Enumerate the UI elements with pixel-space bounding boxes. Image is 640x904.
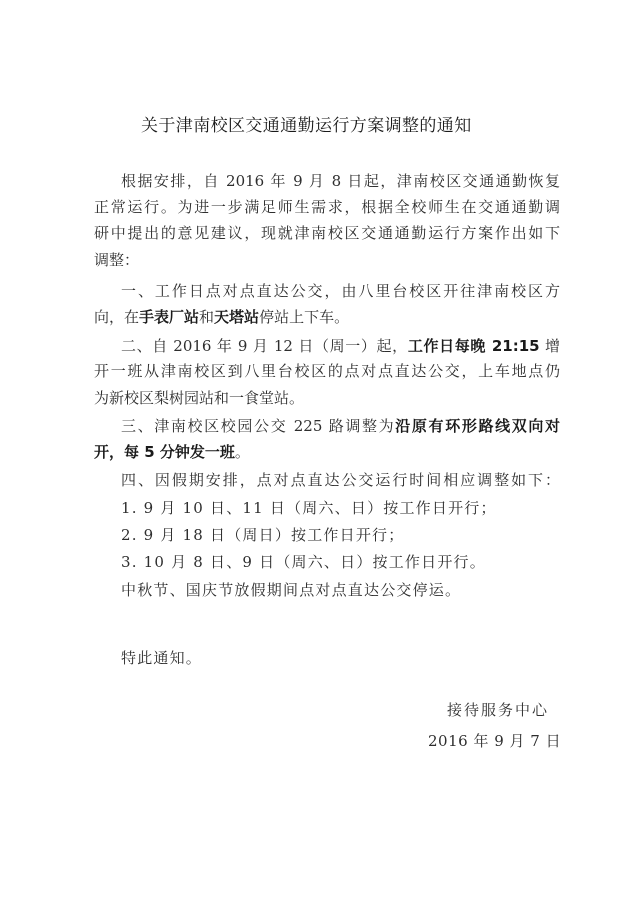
item1-text-post: 停站上下车。 [259, 308, 349, 326]
intro-line-1: 根据安排，自 2016 年 9 月 8 日起，津南校区交通通勤恢复 [121, 170, 560, 192]
stop-tianta: 天塔站 [214, 308, 259, 326]
closing-text: 特此通知。 [121, 647, 202, 669]
item4-line-1: 四、因假期安排，点对点直达公交运行时间相应调整如下： [121, 469, 560, 491]
item3-line-2: 开，每 5 分钟发一班。 [94, 441, 560, 463]
item3-line-1: 三、津南校区校园公交 225 路调整为沿原有环形路线双向对 [121, 415, 560, 437]
item1-text-pre: 向，在 [94, 308, 139, 326]
item2-line-1: 二、自 2016 年 9 月 12 日（周一）起，工作日每晚 21:15 增 [121, 335, 560, 357]
item2-bold-time: 工作日每晚 21:15 [408, 337, 540, 355]
stop-watch-factory: 手表厂站 [139, 308, 199, 326]
signature-org: 接待服务中心 [447, 699, 549, 721]
intro-line-4: 调整： [94, 249, 560, 271]
item4-sub-3: 3. 10 月 8 日、9 日（周六、日）按工作日开行。 [121, 551, 486, 573]
intro-line-3: 研中提出的意见建议，现就津南校区交通通勤运行方案作出如下 [94, 222, 560, 244]
item1-line-1: 一、工作日点对点直达公交，由八里台校区开往津南校区方 [121, 280, 560, 302]
item3-text-post: 。 [235, 443, 250, 461]
signature-date: 2016 年 9 月 7 日 [428, 730, 561, 752]
item2-line-3: 为新校区梨树园站和一食堂站。 [94, 387, 560, 409]
item4-note: 中秋节、国庆节放假期间点对点直达公交停运。 [121, 579, 461, 601]
intro-line-2: 正常运行。为进一步满足师生需求，根据全校师生在交通通勤调 [94, 196, 560, 218]
document-page: 关于津南校区交通通勤运行方案调整的通知 根据安排，自 2016 年 9 月 8 … [0, 0, 640, 904]
item3-bold-frequency: 开，每 5 分钟发一班 [94, 443, 235, 461]
item2-text-post: 增 [540, 337, 560, 355]
item1-line-2: 向，在手表厂站和天塔站停站上下车。 [94, 306, 560, 328]
item1-text-mid: 和 [199, 308, 214, 326]
item3-bold-route: 沿原有环形路线双向对 [395, 417, 560, 435]
item2-line-2: 开一班从津南校区到八里台校区的点对点直达公交，上车地点仍 [94, 360, 560, 382]
item4-sub-1: 1. 9 月 10 日、11 日（周六、日）按工作日开行； [121, 497, 497, 519]
item2-text-pre: 二、自 2016 年 9 月 12 日（周一）起， [121, 337, 408, 355]
item4-sub-2: 2. 9 月 18 日（周日）按工作日开行； [121, 524, 404, 546]
document-title: 关于津南校区交通通勤运行方案调整的通知 [141, 115, 511, 137]
item3-text-pre: 三、津南校区校园公交 225 路调整为 [121, 417, 395, 435]
